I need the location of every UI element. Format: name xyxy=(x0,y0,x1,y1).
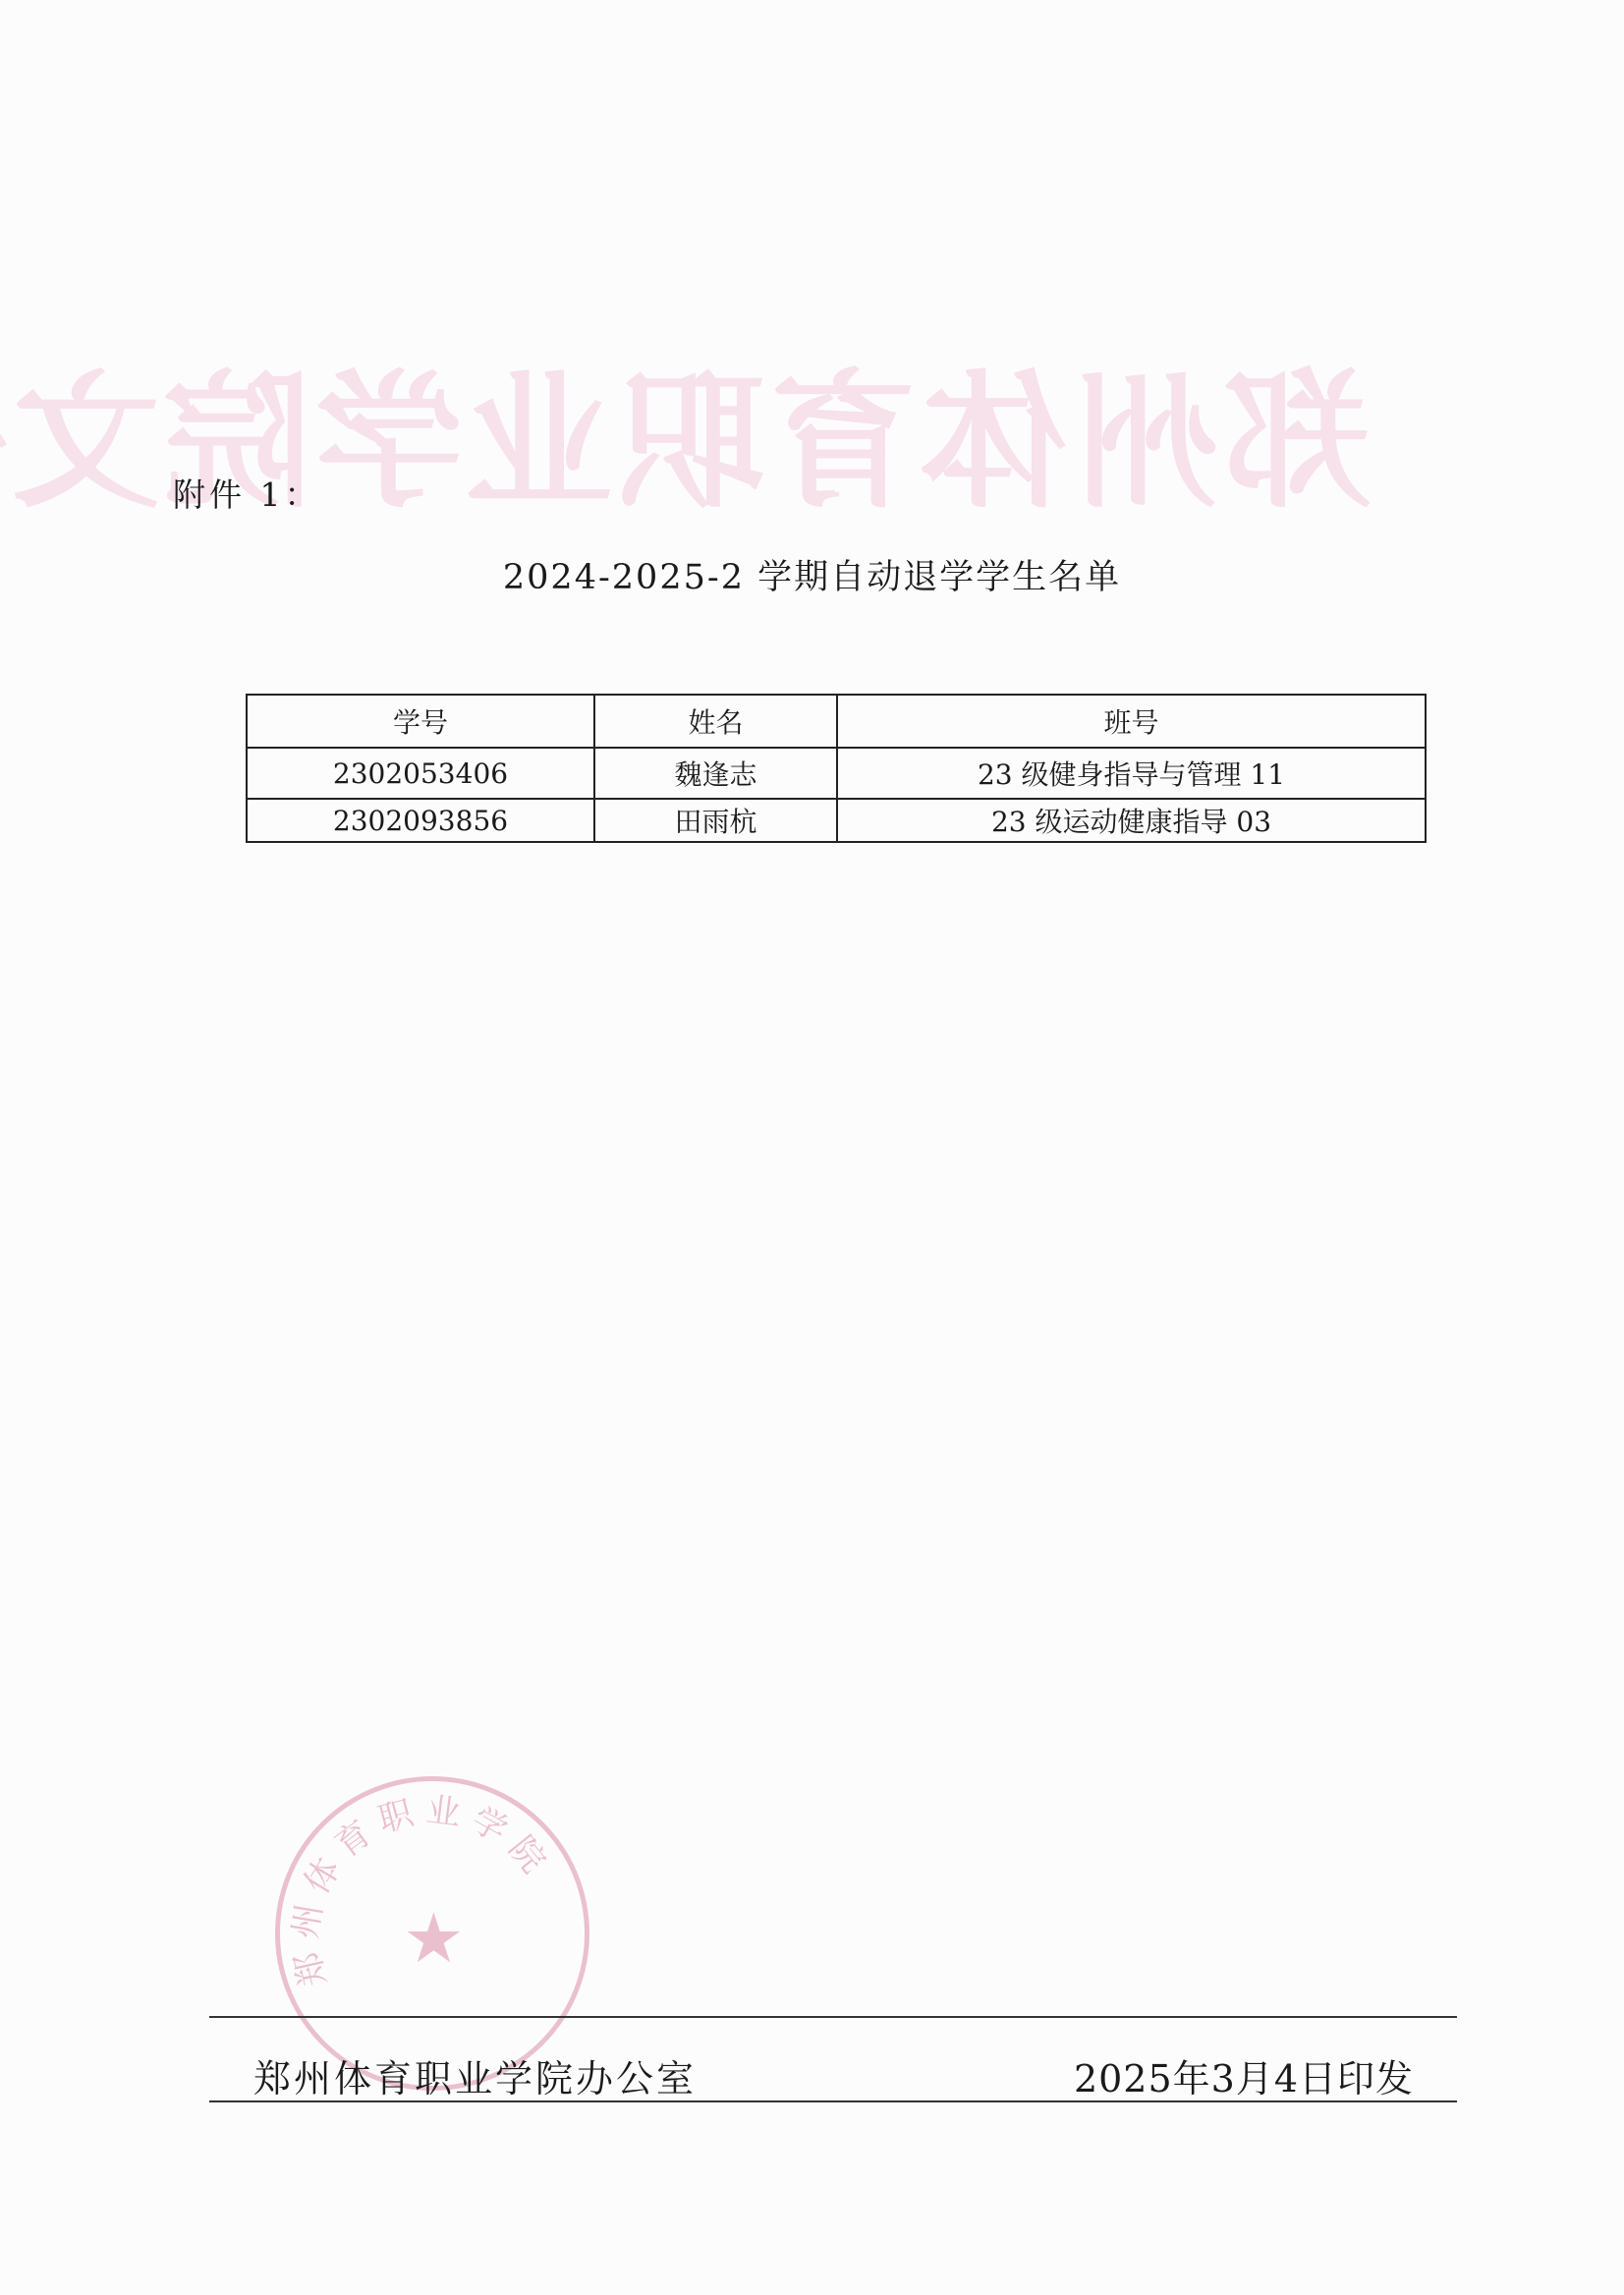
official-seal: 郑州体育职业学院 ★ xyxy=(275,1776,589,2091)
table-row: 2302053406 魏逢志 23 级健身指导与管理 11 xyxy=(247,748,1426,799)
header-name: 姓名 xyxy=(594,695,837,748)
issue-date: 2025年3月4日印发 xyxy=(1074,2048,1414,2102)
cell-name: 田雨杭 xyxy=(594,799,837,842)
table-row: 2302093856 田雨杭 23 级运动健康指导 03 xyxy=(247,799,1426,842)
cell-student-id: 2302093856 xyxy=(247,799,594,842)
withdrawal-student-table: 学号 姓名 班号 2302053406 魏逢志 23 级健身指导与管理 11 2… xyxy=(246,694,1427,843)
footer-top-rule xyxy=(209,2016,1457,2018)
table-header-row: 学号 姓名 班号 xyxy=(247,695,1426,748)
cell-class: 23 级健身指导与管理 11 xyxy=(837,748,1426,799)
bleed-through-header-watermark: 郑州体育职业学院文件 xyxy=(231,354,1371,531)
cell-class: 23 级运动健康指导 03 xyxy=(837,799,1426,842)
footer-bottom-rule xyxy=(209,2100,1457,2102)
star-icon: ★ xyxy=(403,1904,465,1973)
header-class: 班号 xyxy=(837,695,1426,748)
document-title: 2024-2025-2 学期自动退学学生名单 xyxy=(0,550,1624,599)
attachment-label: 附件 1： xyxy=(173,470,321,516)
header-student-id: 学号 xyxy=(247,695,594,748)
issuing-office: 郑州体育职业学院办公室 xyxy=(253,2048,697,2102)
cell-student-id: 2302053406 xyxy=(247,748,594,799)
cell-name: 魏逢志 xyxy=(594,748,837,799)
